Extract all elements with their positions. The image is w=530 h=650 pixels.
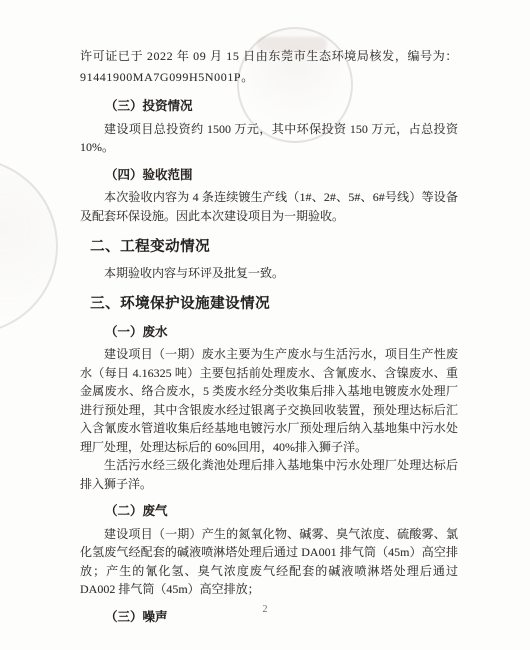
heading-wastewater: （一）废水: [80, 323, 458, 342]
heading-waste-gas: （二）废气: [80, 502, 458, 521]
para-waste-gas: 建设项目（一期）产生的氮氧化物、碱雾、臭气浓度、硫酸雾、氯化氢废气经配套的碱液喷…: [80, 525, 458, 599]
para-wastewater-domestic: 生活污水经三级化粪池处理后排入基地集中污水处理厂处理达标后排入狮子洋。: [80, 456, 458, 493]
page-number: 2: [0, 604, 530, 615]
para-project-changes: 本期验收内容与环评及批复一致。: [80, 264, 458, 283]
scanned-document-page: 许可证已于 2022 年 09 月 15 日由东莞市生态环境局核发，编号为：91…: [0, 0, 530, 650]
para-acceptance-scope: 本次验收内容为 4 条连续镀生产线（1#、2#、5#、6#号线）等设备及配套环保…: [80, 188, 458, 225]
heading-investment: （三）投资情况: [80, 97, 458, 116]
heading-acceptance-scope: （四）验收范围: [80, 166, 458, 185]
document-body: 许可证已于 2022 年 09 月 15 日由东莞市生态环境局核发，编号为：91…: [80, 46, 458, 630]
para-wastewater-production: 建设项目（一期）废水主要为生产废水与生活污水，项目生产性废水（每日 4.1632…: [80, 345, 458, 456]
para-license-continuation: 许可证已于 2022 年 09 月 15 日由东莞市生态环境局核发，编号为：91…: [80, 46, 458, 88]
heading-env-protection-facilities: 三、环境保护设施建设情况: [80, 295, 458, 314]
para-investment: 建设项目总投资约 1500 万元，其中环保投资 150 万元，占总投资 10%。: [80, 120, 458, 157]
round-seal-watermark-left-edge-icon: [0, 158, 58, 334]
heading-project-changes: 二、工程变动情况: [80, 238, 458, 257]
